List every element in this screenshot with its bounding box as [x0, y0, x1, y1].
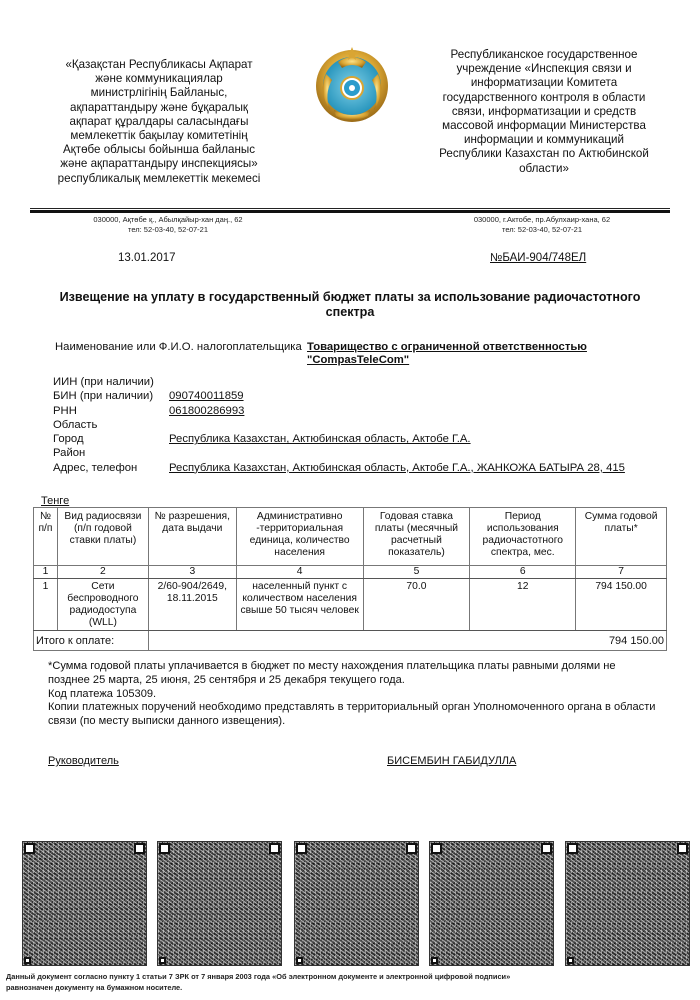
document-title: Извещение на уплату в государственный бю…: [50, 290, 650, 320]
column-header: Сумма годовой платы*: [576, 508, 667, 566]
column-number: 4: [236, 566, 363, 579]
issuer-name-russian: Республиканское государственное учрежден…: [428, 48, 660, 176]
issuer-ru-line: учреждение «Инспекция связи и: [428, 62, 660, 76]
cell-period: 12: [470, 579, 576, 631]
qr-code-strip: [0, 841, 700, 966]
field-value: Республика Казахстан, Актюбинская област…: [169, 461, 625, 475]
field-district: Район: [53, 446, 625, 460]
footer-line: равнозначен документу на бумажном носите…: [6, 982, 686, 993]
issuer-kz-line: мемлекеттік бақылау комитетінің: [50, 129, 268, 143]
taxpayer-details: ИИН (при наличии) БИН (при наличии) 0907…: [53, 375, 625, 475]
issuer-ru-line: связи, информатизации и средств: [428, 105, 660, 119]
field-label: Город: [53, 432, 169, 446]
cell-radio-type: Сети беспроводного радиодоступа (WLL): [57, 579, 148, 631]
field-value: 061800286993: [169, 404, 244, 418]
field-value: Республика Казахстан, Актюбинская област…: [169, 432, 471, 446]
column-number: 2: [57, 566, 148, 579]
column-number: 6: [470, 566, 576, 579]
issuer-kz-line: ақпарат құралдары саласындағы: [50, 115, 268, 129]
issuer-ru-line: информатизации Комитета: [428, 76, 660, 90]
taxpayer-name-line: "CompasTeleCom": [307, 354, 637, 367]
field-label: РНН: [53, 404, 169, 418]
header-divider-thick: [30, 210, 670, 213]
cell-permit: 2/60-904/2649, 18.11.2015: [148, 579, 236, 631]
issuer-ru-line: массовой информации Министерства: [428, 119, 660, 133]
field-label: ИИН (при наличии): [53, 375, 169, 389]
issuer-ru-line: Республиканское государственное: [428, 48, 660, 62]
field-address-phone: Адрес, телефон Республика Казахстан, Акт…: [53, 461, 625, 475]
issuer-name-kazakh: «Қазақстан Республикасы Ақпарат және ком…: [50, 58, 268, 186]
total-row: Итого к оплате: 794 150.00: [34, 631, 667, 651]
table-row: 1 Сети беспроводного радиодоступа (WLL) …: [34, 579, 667, 631]
cell-index: 1: [34, 579, 58, 631]
issuer-ru-line: государственного контроля в области: [428, 91, 660, 105]
column-header: Административно -территориальная единица…: [236, 508, 363, 566]
taxpayer-name: Товарищество с ограниченной ответственно…: [307, 341, 637, 367]
issuer-kz-line: «Қазақстан Республикасы Ақпарат: [50, 58, 268, 72]
issuer-ru-line: Республики Казахстан по Актюбинской: [428, 147, 660, 161]
qr-code-icon: [22, 841, 147, 966]
currency-label: Тенге: [41, 495, 69, 507]
qr-code-icon: [294, 841, 419, 966]
field-city: Город Республика Казахстан, Актюбинская …: [53, 432, 625, 446]
document-number: №БАИ-904/748ЕЛ: [490, 252, 586, 264]
title-line: Извещение на уплату в государственный бю…: [50, 290, 650, 305]
document-date: 13.01.2017: [118, 252, 176, 264]
field-label: Район: [53, 446, 169, 460]
address-line: 030000, Ақтөбе қ., Абылқайыр-хан даң., 6…: [68, 215, 268, 225]
fee-table: № п/п Вид радиосвязи (п/п годовой ставки…: [33, 507, 667, 651]
note-payment-copies: Копии платежных поручений необходимо пре…: [48, 701, 658, 729]
issuer-kz-line: және коммуникациялар: [50, 72, 268, 86]
field-label: БИН (при наличии): [53, 389, 169, 403]
note-payment-schedule: *Сумма годовой платы уплачивается в бюдж…: [48, 660, 658, 688]
issuer-kz-line: Ақтөбе облысы бойынша байланыс: [50, 143, 268, 157]
qr-code-icon: [429, 841, 554, 966]
field-rnn: РНН 061800286993: [53, 404, 625, 418]
total-value: 794 150.00: [148, 631, 666, 651]
column-number-row: 1 2 3 4 5 6 7: [34, 566, 667, 579]
column-number: 5: [363, 566, 470, 579]
cell-annual-rate: 70.0: [363, 579, 470, 631]
column-header: Период использования радиочастотного спе…: [470, 508, 576, 566]
column-number: 1: [34, 566, 58, 579]
payment-notes: *Сумма годовой платы уплачивается в бюдж…: [48, 660, 658, 729]
note-payment-code: Код платежа 105309.: [48, 688, 658, 702]
field-value: 090740011859: [169, 389, 244, 403]
field-region: Область: [53, 418, 625, 432]
field-label: Область: [53, 418, 169, 432]
cell-territorial-unit: населенный пункт с количеством населения…: [236, 579, 363, 631]
issuer-kz-line: және ақпараттандыру инспекциясы»: [50, 157, 268, 171]
issuer-kz-line: министрлігінің Байланыс,: [50, 86, 268, 100]
title-line: спектра: [50, 305, 650, 320]
issuer-address-russian: 030000, г.Актобе, пр.Абулхаир-хана, 62 т…: [442, 215, 642, 234]
column-header: № разрешения, дата выдачи: [148, 508, 236, 566]
issuer-address-kazakh: 030000, Ақтөбе қ., Абылқайыр-хан даң., 6…: [68, 215, 268, 234]
legal-footer: Данный документ согласно пункту 1 статьи…: [6, 971, 686, 993]
issuer-ru-line: области»: [428, 162, 660, 176]
taxpayer-name-line: Товарищество с ограниченной ответственно…: [307, 341, 637, 354]
phone-line: тел: 52-03-40, 52-07-21: [68, 225, 268, 235]
cell-annual-sum: 794 150.00: [576, 579, 667, 631]
issuer-ru-line: информации и коммуникаций: [428, 133, 660, 147]
table-header-row: № п/п Вид радиосвязи (п/п годовой ставки…: [34, 508, 667, 566]
footer-line: Данный документ согласно пункту 1 статьи…: [6, 971, 686, 982]
column-header: № п/п: [34, 508, 58, 566]
address-line: 030000, г.Актобе, пр.Абулхаир-хана, 62: [442, 215, 642, 225]
signatory-name: БИСЕМБИН ГАБИДУЛЛА: [387, 755, 516, 767]
qr-code-icon: [565, 841, 690, 966]
field-bin: БИН (при наличии) 090740011859: [53, 389, 625, 403]
column-header: Годовая ставка платы (месячный расчетный…: [363, 508, 470, 566]
qr-code-icon: [157, 841, 282, 966]
column-number: 3: [148, 566, 236, 579]
issuer-kz-line: ақпараттандыру және бұқаралық: [50, 101, 268, 115]
state-emblem-icon: [312, 44, 392, 128]
field-label: Адрес, телефон: [53, 461, 169, 475]
header-divider-thin: [30, 208, 670, 209]
phone-line: тел: 52-03-40, 52-07-21: [442, 225, 642, 235]
total-label: Итого к оплате:: [34, 631, 149, 651]
signatory-role: Руководитель: [48, 755, 119, 767]
issuer-kz-line: республикалық мемлекеттік мекемесі: [50, 172, 268, 186]
taxpayer-label: Наименование или Ф.И.О. налогоплательщик…: [55, 341, 302, 353]
field-iin: ИИН (при наличии): [53, 375, 625, 389]
column-header: Вид радиосвязи (п/п годовой ставки платы…: [57, 508, 148, 566]
column-number: 7: [576, 566, 667, 579]
